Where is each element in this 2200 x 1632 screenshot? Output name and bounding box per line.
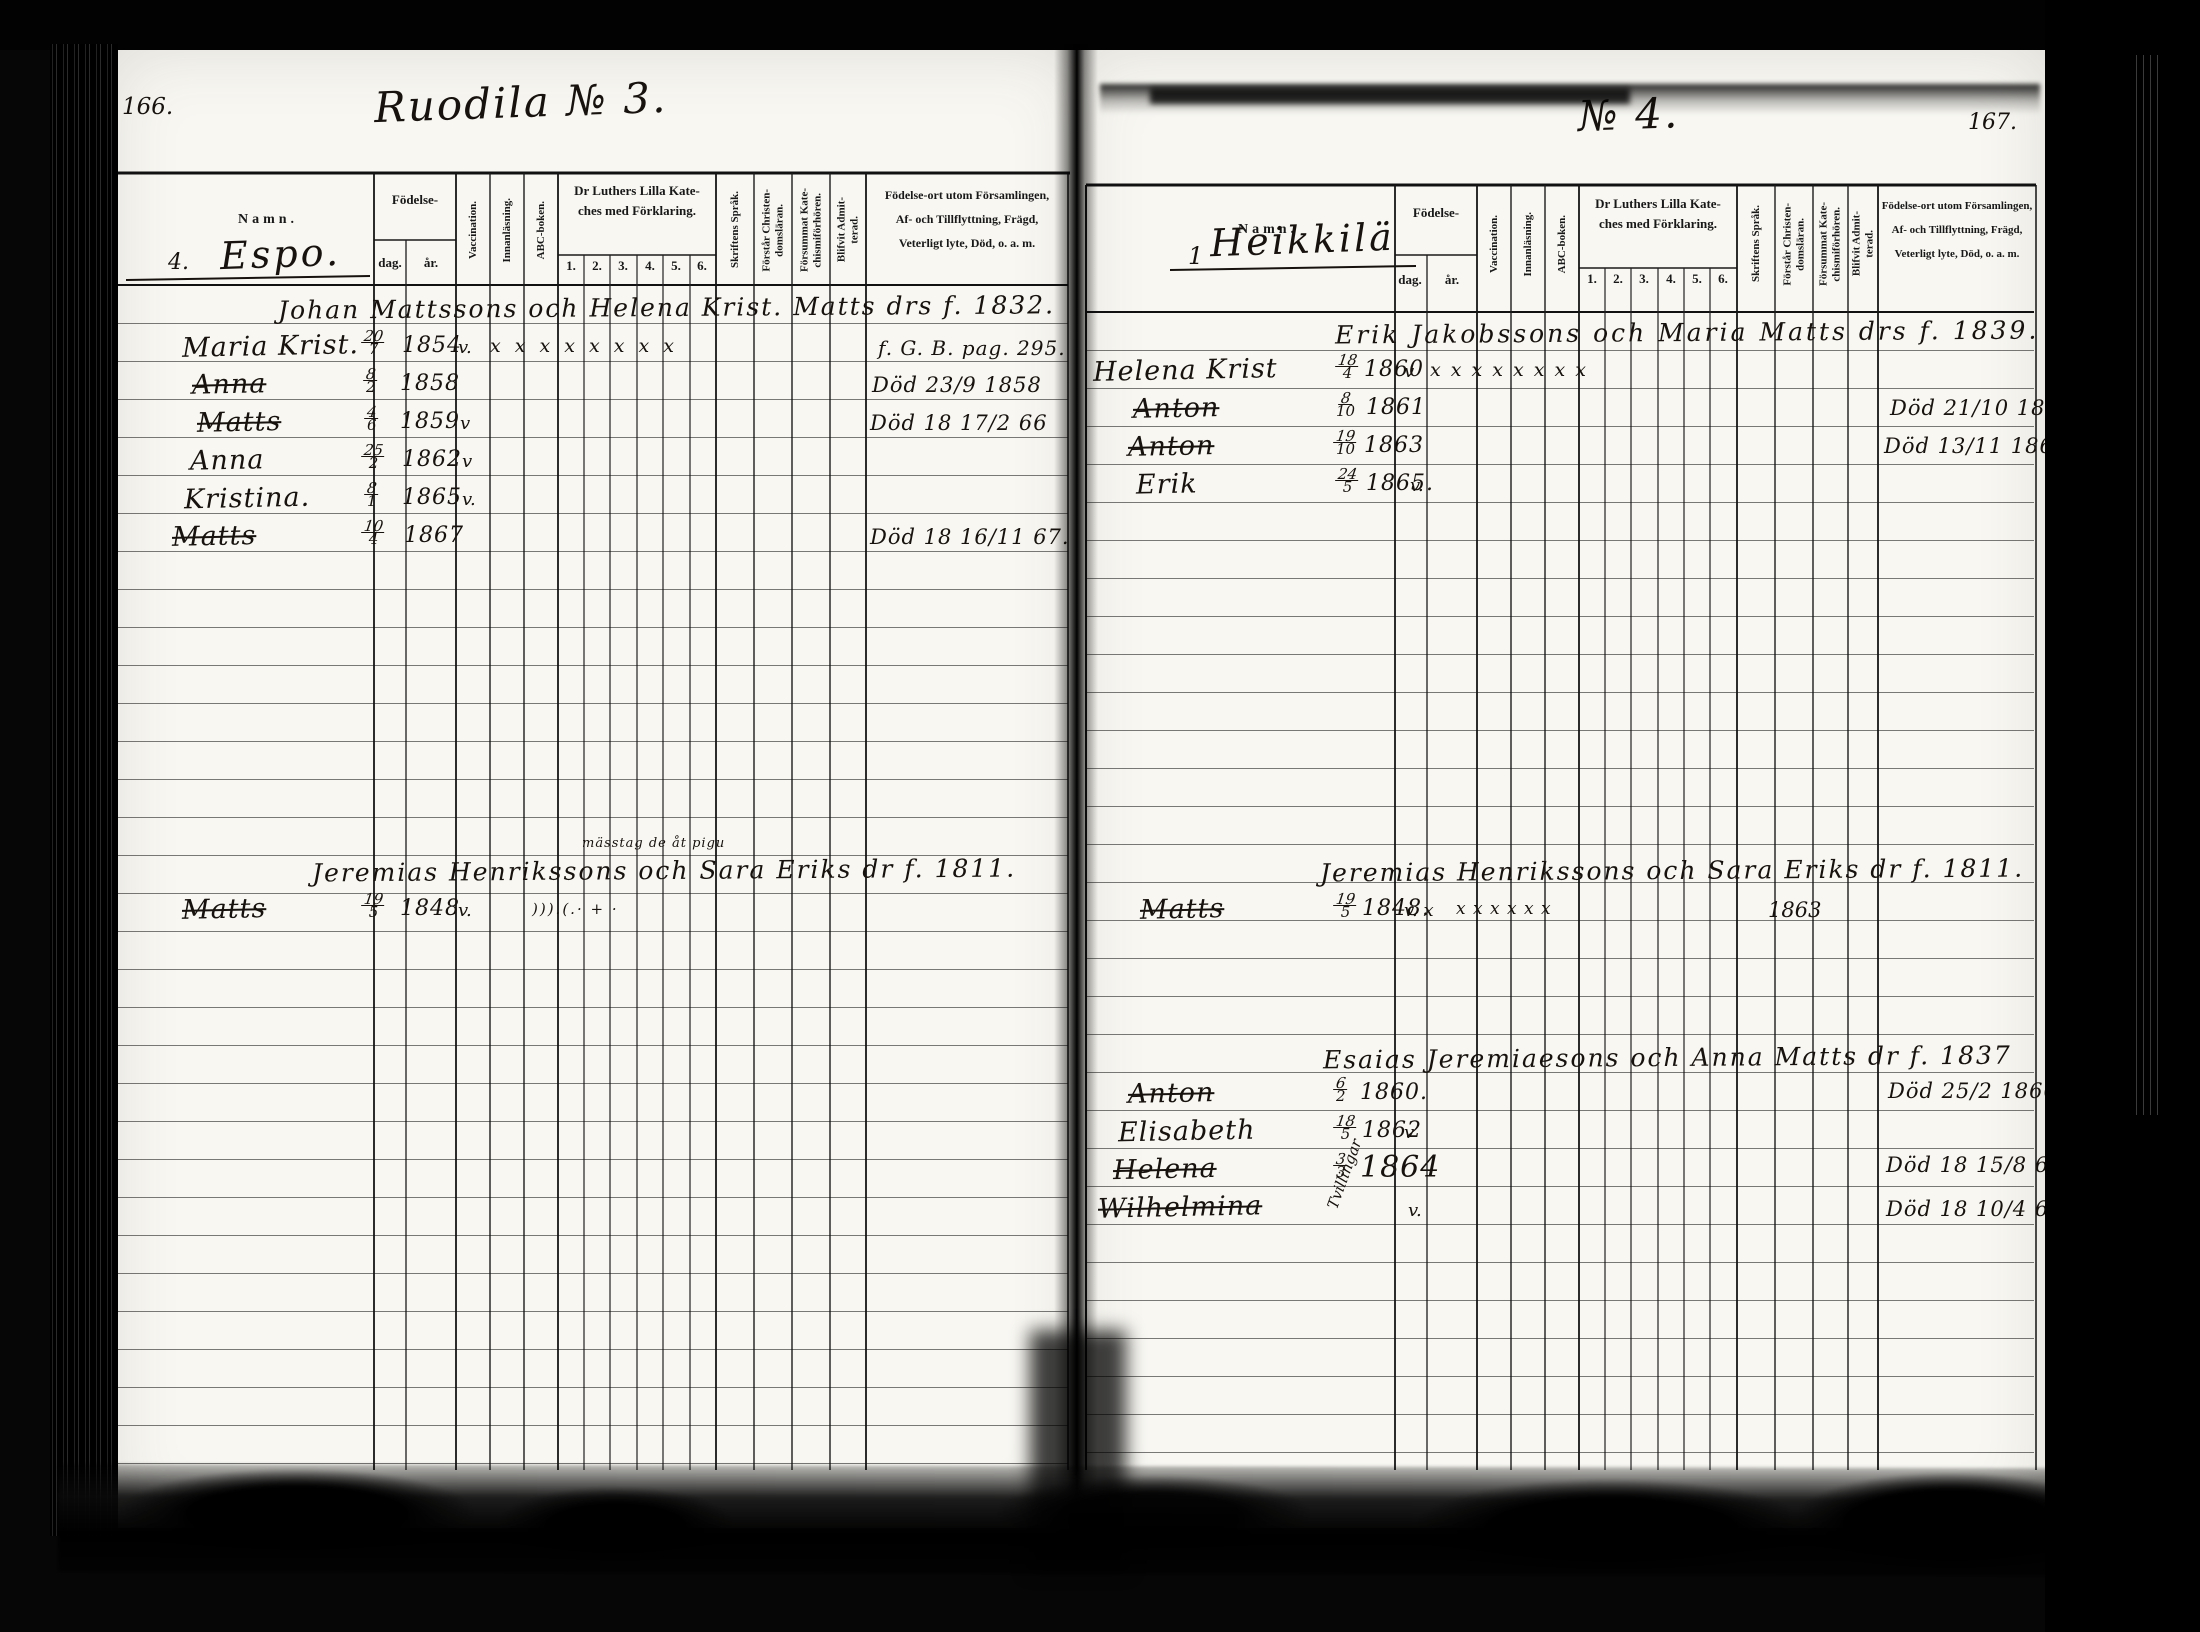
col-header-skriftens-text: Skriftens Språk. [1750,205,1762,282]
entry-name: Helena [1113,1153,1217,1186]
col-header-vaccination-text: Vaccination. [1488,215,1500,273]
birth-day: 4 [364,406,379,419]
family-header: Jeremias Henrikssons och Sara Eriks dr f… [312,854,1016,888]
col-header-notes-line1: Födelse-ort utom Församlingen, [1882,200,2033,212]
col-header-dag: dag. [1398,272,1421,288]
kateches-num-1: 1. [566,258,576,274]
family-header: Johan Mattssons och Helena Krist. Matts … [278,290,1055,324]
birth-day: 24 [1335,468,1360,481]
entry-note: Död 25/2 1860 [1888,1079,2058,1103]
bottom-scan-band [58,1464,2050,1576]
kateches-num-3: 3. [618,258,628,274]
entry-name: Matts [182,893,267,926]
entry-name: Elisabeth [1118,1115,1256,1149]
entry-name: Matts [172,520,257,553]
entry-birth-date: 184 [1336,354,1359,379]
right-row-lines [1086,313,2034,1470]
year-note: 1863 [1768,898,1821,922]
entry-birth-date: 195 [362,893,385,918]
col-header-kateches-line1: Dr Luthers Lilla Kate- [574,183,700,199]
catechism-marks: x x x x x x x x [1430,359,1588,381]
family-header: Esaias Jeremiaesons och Anna Matts dr f.… [1323,1041,2012,1075]
right-page: 167. № 4. [1078,50,2045,1528]
col-header-blifvit-line2: terad. [1864,230,1876,258]
vaccination-mark: v. x [1404,900,1434,921]
entry-birth-year: 1860 [1364,357,1424,382]
entry-birth-year: 1862 [402,447,462,472]
birth-day: 20 [361,330,386,343]
entry-birth-date: 82 [364,368,378,393]
col-header-kateches-line2: ches med Förklaring. [578,203,696,219]
kateches-num-2: 2. [592,258,602,274]
col-header-vaccination: Vaccination. [1488,192,1500,296]
col-header-kateches-line1: Dr Luthers Lilla Kate- [1595,196,1721,212]
col-header-abc-boken-text: ABC-boken. [1556,215,1568,273]
col-header-innanlasning-text: Innanläsning. [501,198,513,263]
col-header-forstar: Förstår Christen-domsläran. [761,178,786,282]
entry-name: Wilhelmina [1098,1190,1263,1224]
col-header-blifvit-line2: terad. [849,216,861,244]
entry-name: Anna [192,368,267,401]
entry-birth-date: 185 [1334,1115,1357,1140]
entry-birth-date: 252 [362,444,385,469]
vaccination-mark: v. [1410,475,1424,496]
entry-name: Helena Krist [1093,353,1278,388]
entry-birth-year: 1859 [400,409,460,434]
entry-birth-year: 1863 [1364,433,1424,458]
right-scan-black-band [2045,0,2200,1632]
col-header-dag: dag. [378,255,401,271]
entry-birth-year: 1865 [402,485,462,510]
col-header-abc-boken: ABC-boken. [1556,192,1568,296]
vaccination-mark: v. [458,337,472,358]
birth-day: 19 [1333,893,1358,906]
col-header-ar: år. [1445,272,1459,288]
entry-note: Död 18 16/11 67. [870,525,1070,549]
col-header-forstar-line1: Förstår Christen- [1782,203,1794,286]
col-header-innanlasning: Innanläsning. [501,178,513,282]
birth-day: 10 [361,520,386,533]
col-header-fodelse: Födelse- [1413,205,1459,221]
center-gutter-shadow [1054,44,1098,1544]
entry-birth-date: 46 [365,406,379,431]
vaccination-mark: v. [1408,1200,1422,1221]
vaccination-mark: v [1404,1122,1414,1143]
entry-note: Död 23/9 1858 [872,373,1042,397]
right-house-number: 1 [1188,242,1203,270]
scan-top-black-band [0,0,2200,50]
birth-day: 25 [361,444,386,457]
right-edge-streaks [2136,55,2162,1115]
entry-name: Erik [1136,468,1198,500]
family-header: Erik Jakobssons och Maria Matts drs f. 1… [1335,316,2040,350]
catechism-marks: x x x x x x [1456,899,1552,919]
col-header-forsummat-line2: chismiförhören. [1831,207,1843,282]
entry-name: Anna [190,444,265,477]
entry-birth-date: 104 [362,520,385,545]
col-header-forsummat: Försummat Kate-chismiförhören. [799,178,824,282]
left-house-number: 4. [168,250,189,275]
col-header-fodelse: Födelse- [392,192,438,208]
col-header-notes-line3: Veterligt lyte, Död, o. a. m. [1895,248,2020,260]
col-header-skriftens-text: Skriftens Språk. [729,191,741,268]
col-header-forstar-line1: Förstår Christen- [761,189,773,272]
kateches-num-5: 5. [671,258,681,274]
col-header-blifvit-line1: Blifvit Admit- [836,197,848,262]
col-header-notes-line3: Veterligt lyte, Död, o. a. m. [899,236,1035,251]
col-header-forsummat-line1: Försummat Kate- [799,188,811,272]
entry-birth-year: 1864 [1360,1150,1440,1185]
col-header-blifvit: Blifvit Admit-terad. [1851,192,1876,296]
entry-name: Anton [1133,392,1220,425]
col-header-forstar-line2: domsläran. [774,204,786,257]
entry-birth-year: 1865. [1366,471,1434,496]
entry-birth-year: 1867 [404,523,464,548]
book-binding-edge [50,44,118,1536]
col-header-forstar-line2: domsläran. [1795,218,1807,271]
birth-day: 19 [361,893,386,906]
entry-birth-date: 81 [365,482,379,507]
vaccination-mark: v [460,413,470,434]
entry-birth-year: 1854 [402,333,462,358]
entry-name: Matts [197,406,282,439]
vaccination-mark: v [1404,361,1414,382]
kateches-num-3: 3. [1639,271,1649,287]
catechism-marks: ))).(.· + · [532,900,619,918]
col-header-blifvit: Blifvit Admit-terad. [836,178,861,282]
vaccination-mark: v [462,451,472,472]
entry-note: f. G. B. pag. 295. [878,336,1066,360]
entry-note: Död 18 17/2 66 [870,411,1048,435]
entry-note: Död 18 10/4 65. [1886,1197,2071,1221]
kateches-num-5: 5. [1692,271,1702,287]
birth-day: 8 [1338,392,1353,405]
left-page: 166. Ruodila № 3. [112,50,1079,1528]
entry-birth-year: 1858 [400,371,460,396]
col-header-notes-line2: Af- och Tillflyttning, Frägd, [896,212,1039,227]
entry-birth-year: 1861 [1366,395,1426,420]
entry-birth-date: 62 [1334,1077,1348,1102]
kateches-num-1: 1. [1587,271,1597,287]
col-header-ar: år. [424,255,438,271]
birth-day: 19 [1333,430,1358,443]
col-header-notes-line1: Födelse-ort utom Församlingen, [885,188,1049,203]
col-header-blifvit-line1: Blifvit Admit- [1851,211,1863,276]
family-header: Jeremias Henrikssons och Sara Eriks dr f… [1320,854,2024,888]
margin-note: mässtag de åt pigu [582,836,725,851]
birth-day: 6 [1333,1077,1348,1090]
col-header-kateches-line2: ches med Förklaring. [1599,216,1717,232]
col-header-abc-boken-text: ABC-boken. [535,201,547,259]
left-house-name: Espo. [219,230,341,278]
col-header-innanlasning-text: Innanläsning. [1522,212,1534,277]
col-header-innanlasning: Innanläsning. [1522,192,1534,296]
right-page-top-smudge-core [1150,88,1630,104]
birth-day: 8 [364,482,379,495]
kateches-num-6: 6. [1718,271,1728,287]
birth-day: 18 [1333,1115,1358,1128]
col-header-forstar: Förstår Christen-domsläran. [1782,192,1807,296]
entry-birth-date: 207 [362,330,385,355]
right-house-name: Heikkilä [1209,215,1395,265]
entry-birth-date: 1910 [1334,430,1357,455]
vaccination-mark: v. [458,900,472,921]
entry-name: Anton [1128,430,1215,463]
col-header-skriftens: Skriftens Språk. [1750,192,1762,296]
col-header-vaccination: Vaccination. [467,178,479,282]
entry-note: Död 18 15/8 64. [1886,1153,2071,1177]
kateches-num-6: 6. [697,258,707,274]
entry-birth-date: 195 [1334,893,1357,918]
entry-name: Maria Krist. [182,329,360,364]
vaccination-mark: v. [462,489,476,510]
entry-birth-year: 1860. [1360,1080,1428,1105]
col-header-vaccination-text: Vaccination. [467,201,479,259]
birth-day: 3 [1333,1153,1348,1166]
col-header-abc-boken: ABC-boken. [535,178,547,282]
col-header-notes-line2: Af- och Tillflyttning, Frägd, [1892,224,2023,236]
entry-birth-date: 33 [1334,1153,1348,1178]
kateches-num-4: 4. [645,258,655,274]
entry-birth-year: 1848 [400,896,460,921]
col-header-forsummat: Försummat Kate-chismiförhören. [1818,192,1843,296]
birth-day: 18 [1335,354,1360,367]
col-header-skriftens: Skriftens Språk. [729,178,741,282]
col-header-forsummat-line2: chismiförhören. [812,193,824,268]
kateches-num-2: 2. [1613,271,1623,287]
kateches-num-4: 4. [1666,271,1676,287]
entry-birth-date: 810 [1336,392,1355,417]
scanned-parish-register-spread: 166. Ruodila № 3. [0,0,2200,1632]
col-header-forsummat-line1: Försummat Kate- [1818,202,1830,286]
entry-name: Matts [1140,893,1225,926]
birth-day: 8 [363,368,378,381]
entry-name: Anton [1128,1077,1215,1110]
col-header-namn: Namn. [238,212,298,228]
entry-birth-date: 245 [1336,468,1359,493]
entry-name: Kristina. [184,482,311,516]
catechism-marks: x x x x x x x x [490,335,678,357]
